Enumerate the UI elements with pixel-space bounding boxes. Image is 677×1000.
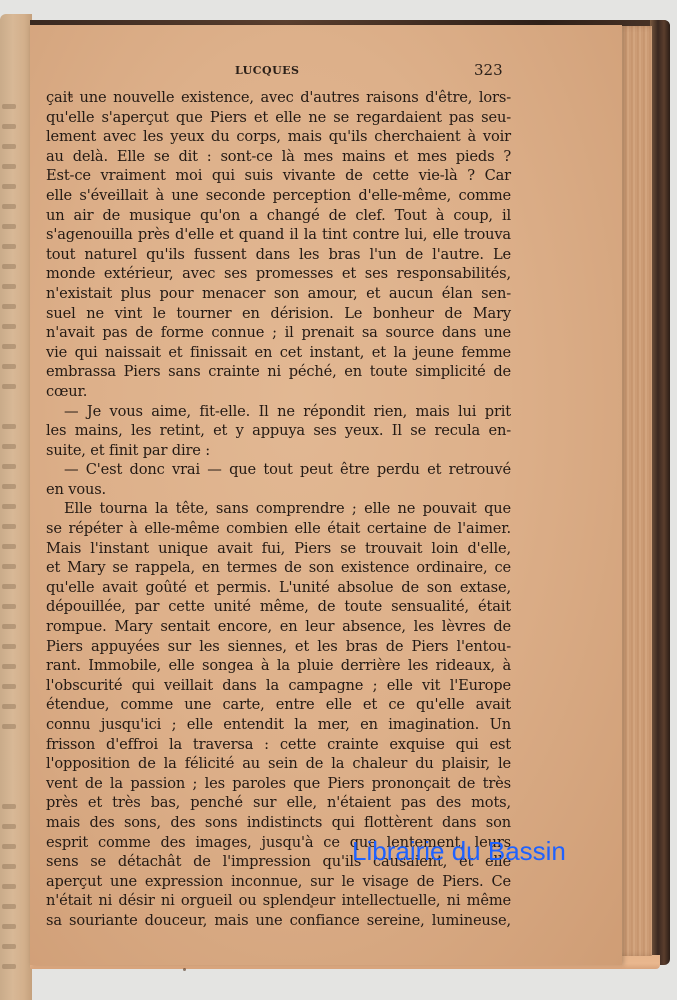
text-line: cœur. bbox=[46, 382, 511, 402]
text-line: monde extérieur, avec ses promesses et s… bbox=[46, 264, 511, 284]
text-line: n'était ni désir ni orgueil ou splendeur… bbox=[46, 891, 511, 911]
facing-page-text-fragment bbox=[2, 964, 16, 969]
facing-page-text-fragment bbox=[2, 204, 16, 209]
text-line: — Je vous aime, fit-elle. Il ne répondit… bbox=[46, 402, 511, 422]
text-line: çait une nouvelle existence, avec d'autr… bbox=[46, 88, 511, 108]
text-line: vent de la passion ; les paroles que Pie… bbox=[46, 774, 511, 794]
facing-page-text-fragment bbox=[2, 464, 16, 469]
text-line: les mains, les retint, et y appuya ses y… bbox=[46, 421, 511, 441]
facing-page-text-fragment bbox=[2, 304, 16, 309]
text-line: se répéter à elle-même combien elle étai… bbox=[46, 519, 511, 539]
text-line: frisson d'effroi la traversa : cette cra… bbox=[46, 735, 511, 755]
facing-page-text-fragment bbox=[2, 384, 16, 389]
facing-page-text-fragment bbox=[2, 244, 16, 249]
text-line: mais des sons, des sons indistincts qui … bbox=[46, 813, 511, 833]
facing-page-text-fragment bbox=[2, 284, 16, 289]
text-line: rompue. Mary sentait encore, en leur abs… bbox=[46, 617, 511, 637]
text-line: tout naturel qu'ils fussent dans les bra… bbox=[46, 245, 511, 265]
facing-page-text-fragment bbox=[2, 904, 16, 909]
facing-page-text-fragment bbox=[2, 604, 16, 609]
facing-page-text-fragment bbox=[2, 264, 16, 269]
facing-page-text-fragment bbox=[2, 224, 16, 229]
text-line: au delà. Elle se dit : sont-ce là mes ma… bbox=[46, 147, 511, 167]
running-title: LUCQUES bbox=[235, 64, 299, 77]
book-photo: LUCQUES 323 çait une nouvelle existence,… bbox=[0, 0, 677, 1000]
facing-page-text-fragment bbox=[2, 124, 16, 129]
facing-page-text-fragment bbox=[2, 844, 16, 849]
facing-page-text-fragment bbox=[2, 724, 16, 729]
text-line: suel ne vint le tourner en dérision. Le … bbox=[46, 304, 511, 324]
facing-page-edge bbox=[0, 14, 32, 1000]
facing-page-text-fragment bbox=[2, 824, 16, 829]
facing-page-text-fragment bbox=[2, 664, 16, 669]
book-cover-right-edge bbox=[650, 20, 670, 965]
facing-page-text-fragment bbox=[2, 804, 16, 809]
facing-page-text-fragment bbox=[2, 484, 16, 489]
facing-page-text-fragment bbox=[2, 504, 16, 509]
facing-page-text-fragment bbox=[2, 624, 16, 629]
text-line: aperçut une expression inconnue, sur le … bbox=[46, 872, 511, 892]
facing-page-text-fragment bbox=[2, 944, 16, 949]
text-line: un air de musique qu'on a changé de clef… bbox=[46, 206, 511, 226]
facing-page-text-fragment bbox=[2, 584, 16, 589]
text-line: n'existait plus pour menacer son amour, … bbox=[46, 284, 511, 304]
text-line: étendue, comme une carte, entre elle et … bbox=[46, 695, 511, 715]
text-line: Est-ce vraiment moi qui suis vivante de … bbox=[46, 166, 511, 186]
facing-page-text-fragment bbox=[2, 884, 16, 889]
facing-page-text-fragment bbox=[2, 544, 16, 549]
text-line: n'avait pas de forme connue ; il prenait… bbox=[46, 323, 511, 343]
facing-page-text-fragment bbox=[2, 444, 16, 449]
facing-page-text-fragment bbox=[2, 424, 16, 429]
text-line: sa souriante douceur, mais une confiance… bbox=[46, 911, 511, 931]
facing-page-text-fragment bbox=[2, 564, 16, 569]
text-line: en vous. bbox=[46, 480, 511, 500]
facing-page-text-fragment bbox=[2, 704, 16, 709]
text-line: connu jusqu'ici ; elle entendit la mer, … bbox=[46, 715, 511, 735]
text-line: s'agenouilla près d'elle et quand il la … bbox=[46, 225, 511, 245]
facing-page-text-fragment bbox=[2, 924, 16, 929]
facing-page-text-fragment bbox=[2, 324, 16, 329]
facing-page-text-fragment bbox=[2, 524, 16, 529]
text-line: elle s'éveillait à une seconde perceptio… bbox=[46, 186, 511, 206]
text-line: Mais l'instant unique avait fui, Piers s… bbox=[46, 539, 511, 559]
text-line: et Mary se rappela, en termes de son exi… bbox=[46, 558, 511, 578]
facing-page-text-fragment bbox=[2, 644, 16, 649]
facing-page-text-fragment bbox=[2, 344, 16, 349]
facing-page-text-fragment bbox=[2, 104, 16, 109]
paper-spot bbox=[183, 968, 186, 971]
page-number: 323 bbox=[474, 61, 503, 79]
text-line: vie qui naissait et finissait en cet ins… bbox=[46, 343, 511, 363]
text-line: embrassa Piers sans crainte ni péché, en… bbox=[46, 362, 511, 382]
text-line: dépouillée, par cette unité même, de tou… bbox=[46, 597, 511, 617]
body-text: çait une nouvelle existence, avec d'autr… bbox=[46, 88, 511, 931]
facing-page-text-fragment bbox=[2, 864, 16, 869]
facing-page-text-fragment bbox=[2, 144, 16, 149]
text-line: rant. Immobile, elle songea à la pluie d… bbox=[46, 656, 511, 676]
watermark: Librairie du Bassin bbox=[352, 836, 566, 867]
text-line: suite, et finit par dire : bbox=[46, 441, 511, 461]
text-line: qu'elle s'aperçut que Piers et elle ne s… bbox=[46, 108, 511, 128]
facing-page-text-fragment bbox=[2, 364, 16, 369]
text-line: lement avec les yeux du corps, mais qu'i… bbox=[46, 127, 511, 147]
text-line: près et très bas, penché sur elle, n'éta… bbox=[46, 793, 511, 813]
text-line: Elle tourna la tête, sans comprendre ; e… bbox=[46, 499, 511, 519]
text-line: l'obscurité qui veillait dans la campagn… bbox=[46, 676, 511, 696]
facing-page-text-fragment bbox=[2, 164, 16, 169]
text-line: — C'est donc vrai — que tout peut être p… bbox=[46, 460, 511, 480]
running-head: LUCQUES 323 bbox=[0, 64, 677, 84]
text-line: Piers appuyées sur les siennes, et les b… bbox=[46, 637, 511, 657]
text-line: qu'elle avait goûté et permis. L'unité a… bbox=[46, 578, 511, 598]
text-line: l'opposition de la félicité au sein de l… bbox=[46, 754, 511, 774]
facing-page-text-fragment bbox=[2, 684, 16, 689]
facing-page-text-fragment bbox=[2, 184, 16, 189]
